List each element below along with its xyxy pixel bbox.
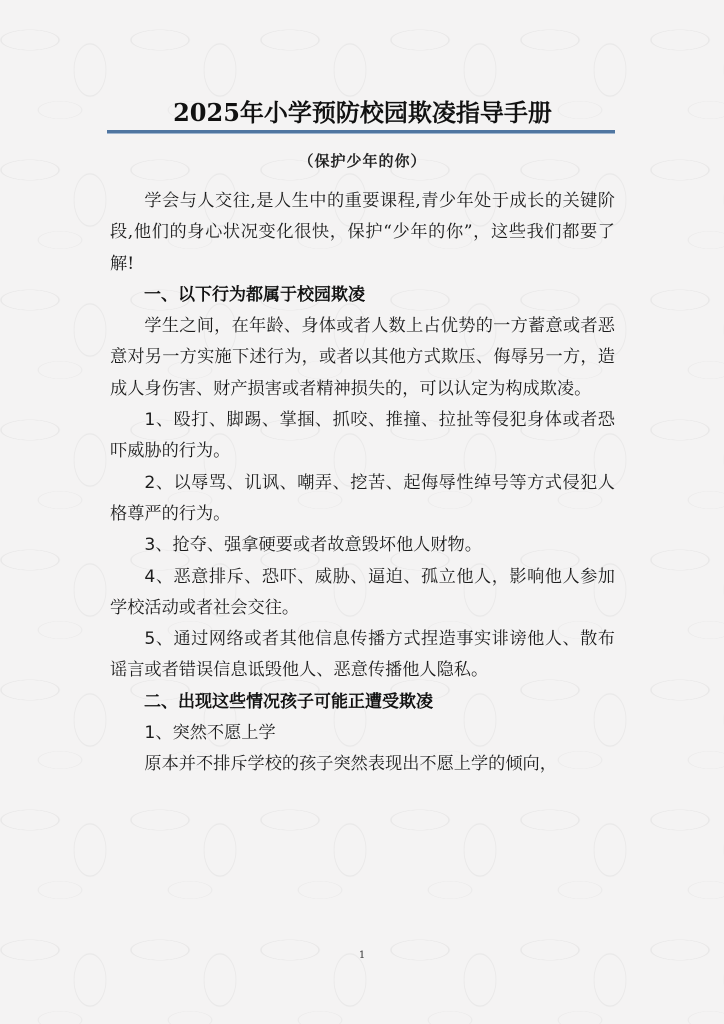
document-title: 2025年小学预防校园欺凌指导手册: [110, 96, 615, 130]
list-item-text: 、殴打、脚踢、掌掴、抓咬、推撞、拉扯等侵犯身体或者恐吓威胁的行为。: [110, 410, 615, 461]
definition-paragraph: 学生之间，在年龄、身体或者人数上占优势的一方蓄意或者恶意对另一方实施下述行为，或…: [110, 311, 615, 405]
list-item-3: 3、抢夺、强拿硬要或者故意毁坏他人财物。: [110, 530, 615, 561]
list-item-text: 、以辱骂、讥讽、嘲弄、挖苦、起侮辱性绰号等方式侵犯人格尊严的行为。: [110, 473, 615, 524]
subheading-text: 、突然不愿上学: [155, 723, 275, 743]
section-heading-2: 二、出现这些情况孩子可能正遭受欺凌: [110, 687, 615, 718]
subheading-1: 1、突然不愿上学: [110, 718, 615, 749]
list-item-text: 、抢夺、强拿硬要或者故意毁坏他人财物。: [155, 535, 482, 555]
document-subtitle: （保护少年的你）: [110, 150, 615, 171]
list-item-number: 2: [144, 473, 155, 493]
document-page: 2025年小学预防校园欺凌指导手册 （保护少年的你） 学会与人交往,是人生中的重…: [0, 0, 724, 1024]
list-item-number: 4: [144, 567, 155, 587]
symptom-paragraph: 原本并不排斥学校的孩子突然表现出不愿上学的倾向，: [110, 749, 615, 780]
intro-paragraph: 学会与人交往,是人生中的重要课程,青少年处于成长的关键阶段,他们的身心状况变化很…: [110, 186, 615, 280]
title-underline-divider: [107, 130, 615, 134]
page-number: 1: [0, 950, 724, 961]
section-heading-1: 一、以下行为都属于校园欺凌: [110, 280, 615, 311]
list-item-number: 1: [144, 410, 155, 430]
list-item-4: 4、恶意排斥、恐吓、威胁、逼迫、孤立他人，影响他人参加学校活动或者社会交往。: [110, 562, 615, 625]
document-body: 学会与人交往,是人生中的重要课程,青少年处于成长的关键阶段,他们的身心状况变化很…: [110, 186, 615, 781]
list-item-5: 5、通过网络或者其他信息传播方式捏造事实诽谤他人、散布谣言或者错误信息诋毁他人、…: [110, 624, 615, 687]
subheading-number: 1: [144, 723, 155, 743]
list-item-number: 3: [144, 535, 155, 555]
list-item-number: 5: [144, 629, 155, 649]
list-item-text: 、通过网络或者其他信息传播方式捏造事实诽谤他人、散布谣言或者错误信息诋毁他人、恶…: [110, 629, 615, 680]
list-item-text: 、恶意排斥、恐吓、威胁、逼迫、孤立他人，影响他人参加学校活动或者社会交往。: [110, 567, 615, 618]
list-item-2: 2、以辱骂、讥讽、嘲弄、挖苦、起侮辱性绰号等方式侵犯人格尊严的行为。: [110, 468, 615, 531]
list-item-1: 1、殴打、脚踢、掌掴、抓咬、推撞、拉扯等侵犯身体或者恐吓威胁的行为。: [110, 405, 615, 468]
